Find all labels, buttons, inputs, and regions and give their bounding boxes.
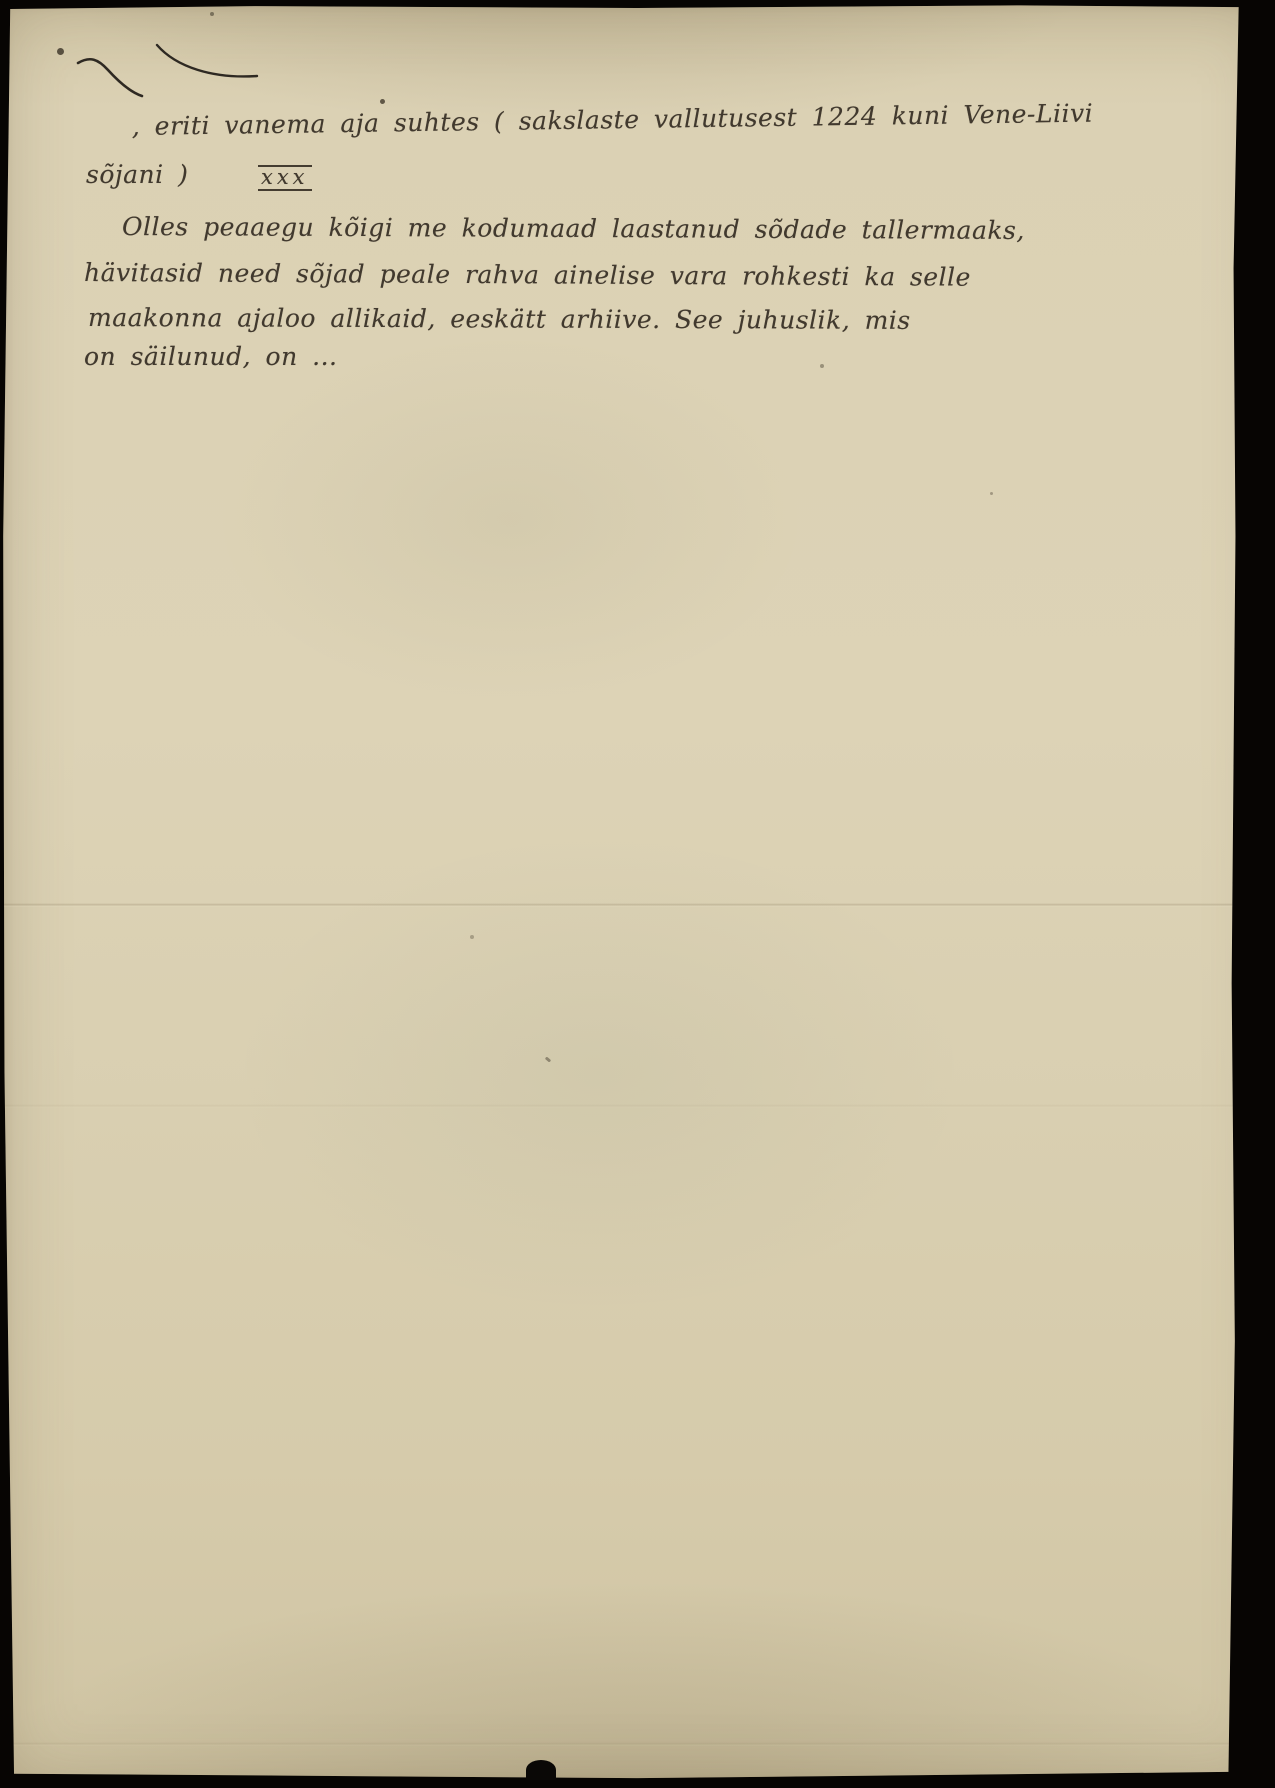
paper-speck	[990, 492, 993, 495]
handwriting-line-2: sõjani )	[86, 160, 188, 189]
document-scan: , eriti vanema aja suhtes ( sakslaste va…	[0, 0, 1275, 1788]
pen-squiggle-mark	[30, 15, 310, 125]
handwriting-line-4: hävitasid need sõjad peale rahva ainelis…	[84, 258, 971, 292]
paper-speck	[470, 935, 474, 939]
handwriting-line-3: Olles peaaegu kõigi me kodumaad laastanu…	[122, 212, 1025, 245]
paper-speck	[820, 364, 824, 368]
paper-sheet: , eriti vanema aja suhtes ( sakslaste va…	[0, 0, 1275, 1788]
scanner-edge-blob	[526, 1760, 556, 1780]
paper-speck	[545, 1056, 552, 1062]
handwriting-separator-xxx: xxx	[258, 165, 312, 191]
fold-crease-lower	[0, 1742, 1275, 1746]
handwriting-line-5: maakonna ajaloo allikaid, eeskätt arhiiv…	[88, 303, 911, 335]
fold-crease-horizontal	[0, 903, 1275, 907]
handwriting-line-6: on säilunud, on ...	[84, 342, 337, 371]
ink-dot	[380, 99, 385, 104]
fold-crease-faint	[0, 1104, 1275, 1108]
